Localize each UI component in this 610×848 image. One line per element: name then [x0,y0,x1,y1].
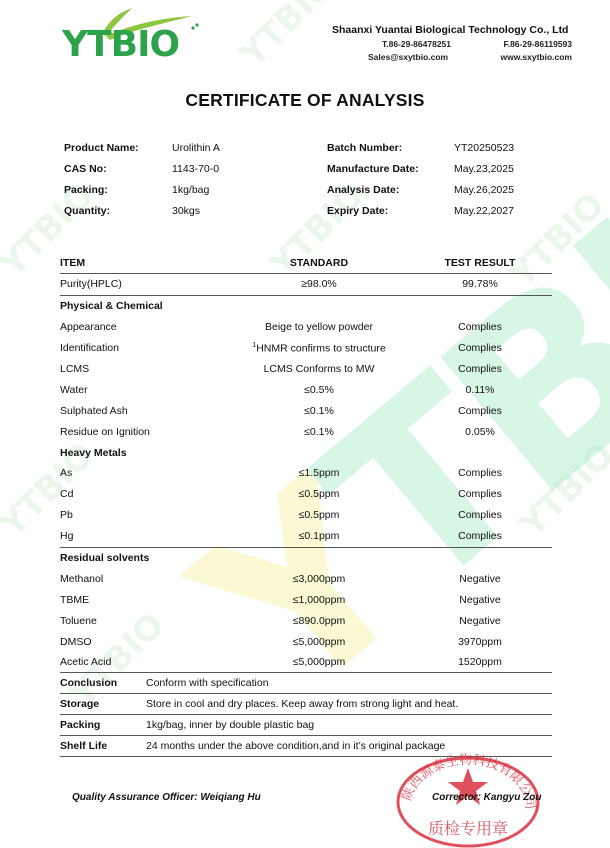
cell-result: Complies [408,405,552,417]
corrector-signature: Corrector: Kangyu Zou [432,792,541,803]
info-row: Product Name:Urolithin ABatch Number:YT2… [64,137,564,158]
cell-item: Identification [60,342,230,354]
cell-item: Appearance [60,321,230,333]
header-result: TEST RESULT [408,257,552,269]
cell-standard: ≤0.1% [230,426,408,438]
summary-row-storage: StorageStore in cool and dry places. Kee… [60,694,552,715]
cell-result: Negative [408,615,552,627]
analysis-table: ITEM STANDARD TEST RESULT Purity(HPLC) ≥… [60,253,552,673]
cell-item: Water [60,384,230,396]
info-label: Packing: [64,184,172,196]
cell-item: Residue on Ignition [60,426,230,438]
info-label: Product Name: [64,142,172,154]
cell-standard: ≤5,000ppm [230,656,408,668]
cell-result: Complies [408,363,552,375]
info-value: 1143-70-0 [172,163,327,175]
table-row: Identification1HNMR confirms to structur… [60,338,552,359]
document-title: CERTIFICATE OF ANALYSIS [0,90,610,111]
header-standard: STANDARD [230,257,408,269]
info-label: CAS No: [64,163,172,175]
cell-item: Toluene [60,615,230,627]
cell-standard: ≤0.5% [230,384,408,396]
company-logo: YTBIO [62,6,202,66]
cell-standard: ≤1.5ppm [230,467,408,479]
table-row: TBME≤1,000ppmNegative [60,589,552,610]
cell-standard: ≤890.0ppm [230,615,408,627]
cell-standard: ≤0.5ppm [230,509,408,521]
info-value: May.26,2025 [454,184,564,196]
info-row: Packing:1kg/bagAnalysis Date:May.26,2025 [64,179,564,200]
table-row-purity: Purity(HPLC) ≥98.0% 99.78% [60,274,552,296]
table-row: Methanol≤3,000ppmNegative [60,568,552,589]
summary-label: Packing [60,719,146,731]
summary-value: Store in cool and dry places. Keep away … [146,698,552,710]
info-label: Expiry Date: [327,205,454,217]
summary-label: Storage [60,698,146,710]
cell-result: Complies [408,321,552,333]
summary-value: Conform with specification [146,677,552,689]
cell-result: 3970ppm [408,636,552,648]
cell-standard: LCMS Conforms to MW [230,363,408,375]
cell-result: 99.78% [408,278,552,290]
cell-standard: ≤0.1% [230,405,408,417]
cell-item: Hg [60,530,230,542]
info-value: 1kg/bag [172,184,327,196]
cell-result: Complies [408,467,552,479]
email-link[interactable]: Sales@sxytbio.com [368,52,448,62]
watermark-logo: YTBIO [233,0,343,75]
table-row: Water≤0.5%0.11% [60,379,552,400]
table-row: AppearanceBeige to yellow powderComplies [60,317,552,338]
info-value: May.22,2027 [454,205,564,217]
logo-text: YTBIO [62,24,179,65]
summary-value: 1kg/bag, inner by double plastic bag [146,719,552,731]
cell-standard: ≥98.0% [230,278,408,290]
section-heading-physical: Physical & Chemical [60,296,552,317]
table-row: Sulphated Ash≤0.1%Complies [60,400,552,421]
table-row: Acetic Acid≤5,000ppm1520ppm [60,652,552,673]
cell-standard: Beige to yellow powder [230,321,408,333]
cell-standard: ≤3,000ppm [230,573,408,585]
cell-result: 0.05% [408,426,552,438]
section-heading-solvents: Residual solvents [60,547,552,569]
info-value: Urolithin A [172,142,327,154]
cell-result: Negative [408,573,552,585]
svg-text:质检专用章: 质检专用章 [428,819,508,838]
summary-row-packing: Packing1kg/bag, inner by double plastic … [60,715,552,736]
table-row: LCMSLCMS Conforms to MWComplies [60,359,552,380]
cell-item: Methanol [60,573,230,585]
cell-result: 0.11% [408,384,552,396]
table-row: Toluene≤890.0ppmNegative [60,610,552,631]
header-item: ITEM [60,257,230,269]
company-name: Shaanxi Yuantai Biological Technology Co… [332,24,572,36]
cell-item: DMSO [60,636,230,648]
website-link[interactable]: www.sxytbio.com [501,52,572,62]
table-row: Pb≤0.5ppmComplies [60,505,552,526]
cell-item: Pb [60,509,230,521]
cell-standard: ≤5,000ppm [230,636,408,648]
cell-result: Complies [408,509,552,521]
cell-standard: ≤1,000ppm [230,594,408,606]
table-row: As≤1.5ppmComplies [60,463,552,484]
table-row: Residue on Ignition≤0.1%0.05% [60,421,552,442]
info-label: Manufacture Date: [327,163,454,175]
cell-standard: ≤0.1ppm [230,530,408,542]
info-label: Quantity: [64,205,172,217]
info-row: CAS No:1143-70-0Manufacture Date:May.23,… [64,158,564,179]
table-row: Cd≤0.5ppmComplies [60,484,552,505]
cell-result: Complies [408,488,552,500]
cell-item: TBME [60,594,230,606]
cell-result: Complies [408,530,552,542]
summary-row-conclusion: ConclusionConform with specification [60,673,552,694]
cell-standard: 1HNMR confirms to structure [230,342,408,355]
cell-standard: ≤0.5ppm [230,488,408,500]
section-heading-metals: Heavy Metals [60,442,552,463]
info-value: May.23,2025 [454,163,564,175]
cell-item: Acetic Acid [60,656,230,668]
company-contact: Shaanxi Yuantai Biological Technology Co… [332,24,572,62]
cell-item: Cd [60,488,230,500]
product-info: Product Name:Urolithin ABatch Number:YT2… [64,137,564,221]
table-header: ITEM STANDARD TEST RESULT [60,253,552,274]
cell-item: As [60,467,230,479]
cell-result: Negative [408,594,552,606]
table-row: DMSO≤5,000ppm3970ppm [60,631,552,652]
table-row: Hg≤0.1ppmComplies [60,526,552,547]
fax: F.86-29-86119593 [503,39,572,49]
qa-officer-signature: Quality Assurance Officer: Weiqiang Hu [72,792,261,803]
summary-table: ConclusionConform with specificationStor… [60,672,552,757]
cell-result: 1520ppm [408,656,552,668]
summary-label: Shelf Life [60,740,146,752]
info-row: Quantity:30kgsExpiry Date:May.22,2027 [64,200,564,221]
telephone: T.86-29-86478251 [382,39,451,49]
summary-label: Conclusion [60,677,146,689]
cell-item: LCMS [60,363,230,375]
cell-item: Purity(HPLC) [60,278,230,290]
cell-item: Sulphated Ash [60,405,230,417]
info-value: YT20250523 [454,142,564,154]
info-label: Analysis Date: [327,184,454,196]
info-value: 30kgs [172,205,327,217]
cell-result: Complies [408,342,552,354]
info-label: Batch Number: [327,142,454,154]
